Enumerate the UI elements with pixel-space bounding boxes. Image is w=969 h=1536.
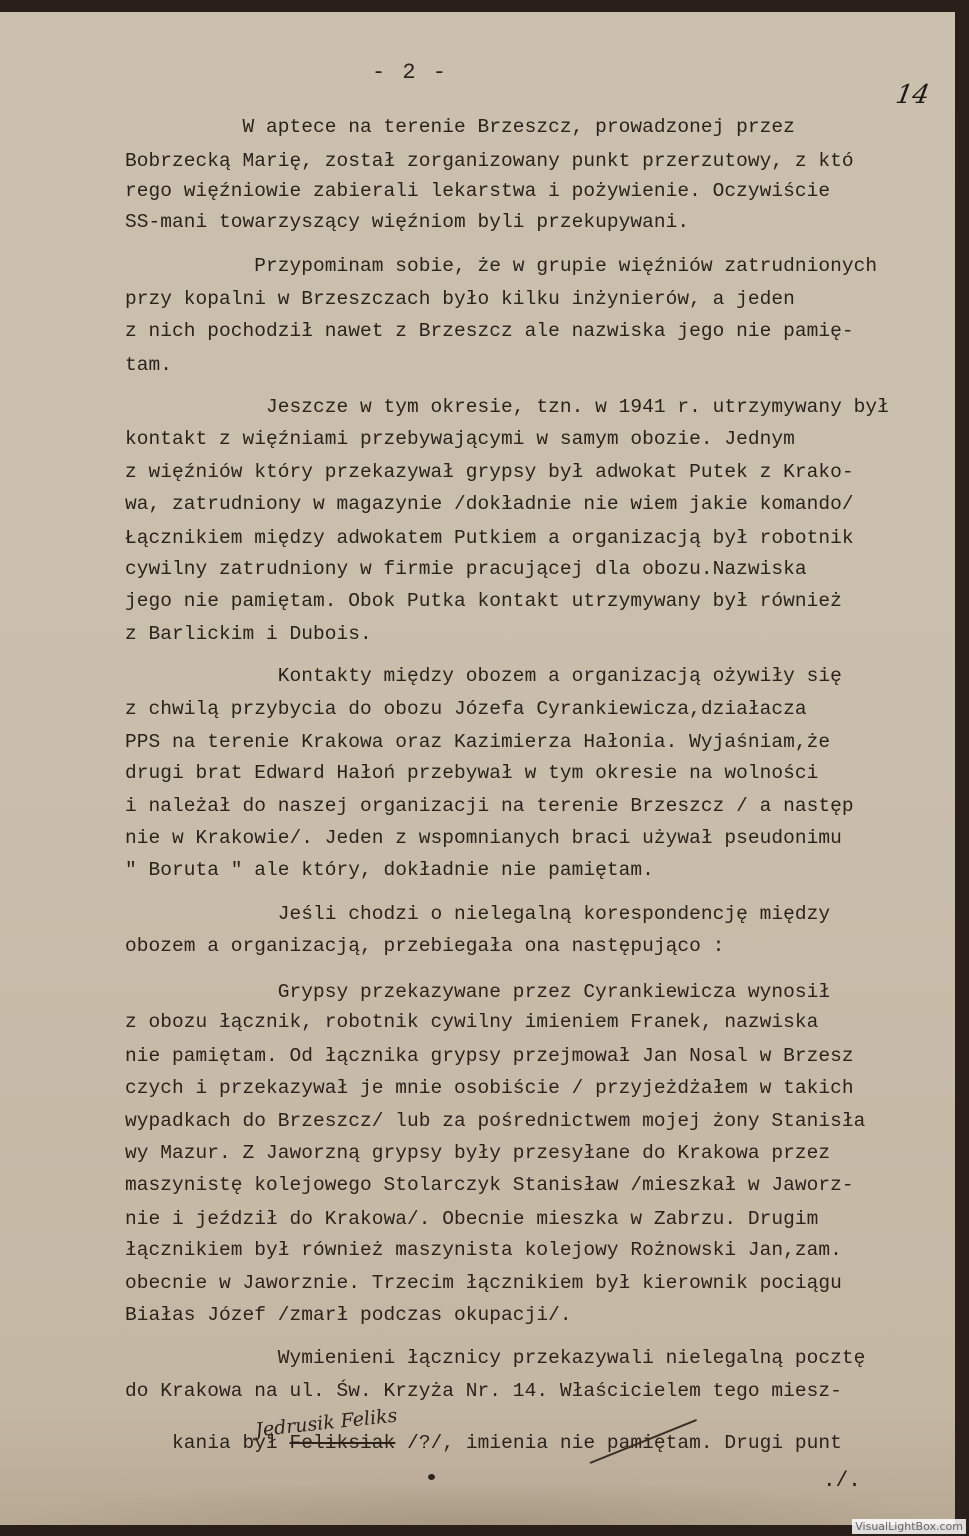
- ink-spot: [428, 1474, 435, 1480]
- text-line: Bobrzecką Marię, został zorganizowany pu…: [125, 152, 854, 172]
- document-page: - 2 - 14 W aptece na terenie Brzeszcz, p…: [0, 12, 955, 1525]
- text-line: W aptece na terenie Brzeszcz, prowadzone…: [125, 118, 795, 138]
- text-line: SS-mani towarzyszący więźniom byli przek…: [125, 213, 689, 233]
- watermark: VisualLightBox.com: [852, 1519, 966, 1534]
- text-line: i należał do naszej organizacji na teren…: [125, 797, 854, 817]
- text-line: Jeszcze w tym okresie, tzn. w 1941 r. ut…: [125, 398, 889, 418]
- text-line: nie pamiętam. Od łącznika grypsy przejmo…: [125, 1047, 854, 1067]
- text-line: Przypominam sobie, że w grupie więźniów …: [125, 257, 877, 277]
- text-line: wa, zatrudniony w magazynie /dokładnie n…: [125, 495, 854, 515]
- text-line: Grypsy przekazywane przez Cyrankiewicza …: [125, 983, 830, 1003]
- page-number: - 2 -: [372, 60, 448, 85]
- continuation-mark: ./.: [823, 1470, 861, 1493]
- text-line: wypadkach do Brzeszcz/ lub za pośrednict…: [125, 1112, 865, 1132]
- text-line: " Boruta " ale który, dokładnie nie pami…: [125, 861, 654, 881]
- text-line: jego nie pamiętam. Obok Putka kontakt ut…: [125, 592, 842, 612]
- text-line: maszynistę kolejowego Stolarczyk Stanisł…: [125, 1176, 854, 1196]
- text-line: z Barlickim i Dubois.: [125, 625, 372, 645]
- text-line: kontakt z więźniami przebywającymi w sam…: [125, 430, 795, 450]
- text-line: tam.: [125, 356, 172, 376]
- text-line: nie i jeździł do Krakowa/. Obecnie miesz…: [125, 1210, 818, 1230]
- text-line: przy kopalni w Brzeszczach było kilku in…: [125, 290, 795, 310]
- text-line: drugi brat Edward Hałoń przebywał w tym …: [125, 764, 818, 784]
- text-line: nie w Krakowie/. Jeden z wspomnianych br…: [125, 829, 842, 849]
- text-line: Wymienieni łącznicy przekazywali nielega…: [125, 1349, 865, 1369]
- text-line: obozem a organizacją, przebiegała ona na…: [125, 937, 724, 957]
- text-line: czych i przekazywał je mnie osobiście / …: [125, 1079, 854, 1099]
- text-line: do Krakowa na ul. Św. Krzyża Nr. 14. Wła…: [125, 1382, 842, 1402]
- handwritten-folio-number: 14: [893, 80, 931, 110]
- text-line: cywilny zatrudniony w firmie pracującej …: [125, 560, 807, 580]
- text-line: Łącznikiem między adwokatem Putkiem a or…: [125, 529, 854, 549]
- text-line: łącznikiem był również maszynista kolejo…: [125, 1241, 842, 1261]
- text-line: rego więźniowie zabierali lekarstwa i po…: [125, 182, 830, 202]
- text-line-last: kania był Feliksiak /?/, imienia nie pam…: [125, 1414, 842, 1473]
- text-line: z nich pochodził nawet z Brzeszcz ale na…: [125, 322, 854, 342]
- text-line: z obozu łącznik, robotnik cywilny imieni…: [125, 1013, 818, 1033]
- text-line: z więźniów który przekazywał grypsy był …: [125, 463, 854, 483]
- text-line: Kontakty między obozem a organizacją oży…: [125, 667, 842, 687]
- text-line: PPS na terenie Krakowa oraz Kazimierza H…: [125, 733, 830, 753]
- text-line: Białas Józef /zmarł podczas okupacji/.: [125, 1306, 572, 1326]
- text-line: Jeśli chodzi o nielegalną korespondencję…: [125, 905, 830, 925]
- text-line: obecnie w Jaworznie. Trzecim łącznikiem …: [125, 1274, 842, 1294]
- text-line: wy Mazur. Z Jaworzną grypsy były przesył…: [125, 1144, 830, 1164]
- text-line: z chwilą przybycia do obozu Józefa Cyran…: [125, 700, 807, 720]
